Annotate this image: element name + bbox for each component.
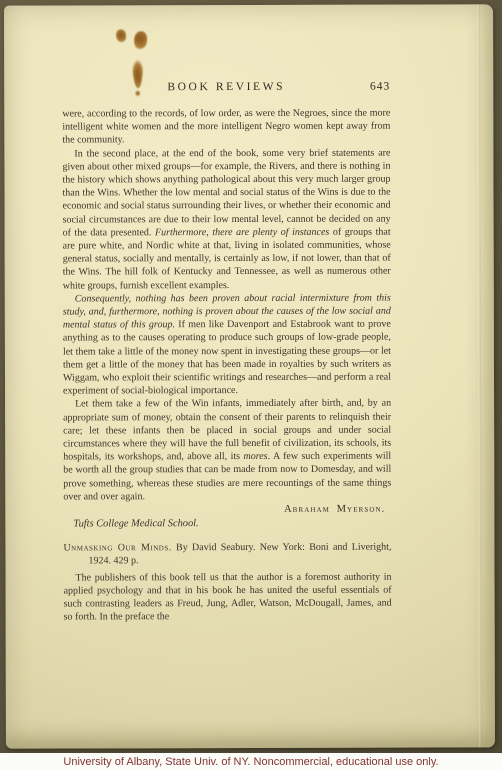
paragraph-win-infants: Let them take a few of the Win infants, …: [63, 397, 391, 503]
review-citation: Unmasking Our Minds. By David Seabury. N…: [63, 541, 391, 569]
footer-strip: University of Albany, State Univ. of NY.…: [0, 753, 502, 771]
paragraph-consequently: Consequently, nothing has been proven ab…: [63, 291, 391, 397]
page-header: BOOK REVIEWS 643: [62, 81, 390, 95]
book-page: BOOK REVIEWS 643 were, according to the …: [4, 4, 495, 748]
paragraph-continuation: were, according to the records, of low o…: [62, 107, 390, 147]
scan-background: BOOK REVIEWS 643 were, according to the …: [0, 0, 502, 771]
running-title: BOOK REVIEWS: [167, 81, 285, 93]
footer-caption: University of Albany, State Univ. of NY.…: [63, 756, 438, 768]
page-number: 643: [370, 81, 390, 94]
page-content: BOOK REVIEWS 643 were, according to the …: [62, 81, 391, 624]
stain-mark: [134, 31, 147, 49]
reviewer-signature: Abraham Myerson.: [63, 503, 391, 517]
paragraph-second-place: In the second place, at the end of the b…: [62, 146, 390, 292]
review-paragraph: The publishers of this book tell us that…: [64, 570, 392, 624]
reviewer-affiliation: Tufts College Medical School.: [63, 516, 391, 530]
stain-mark: [116, 29, 126, 42]
